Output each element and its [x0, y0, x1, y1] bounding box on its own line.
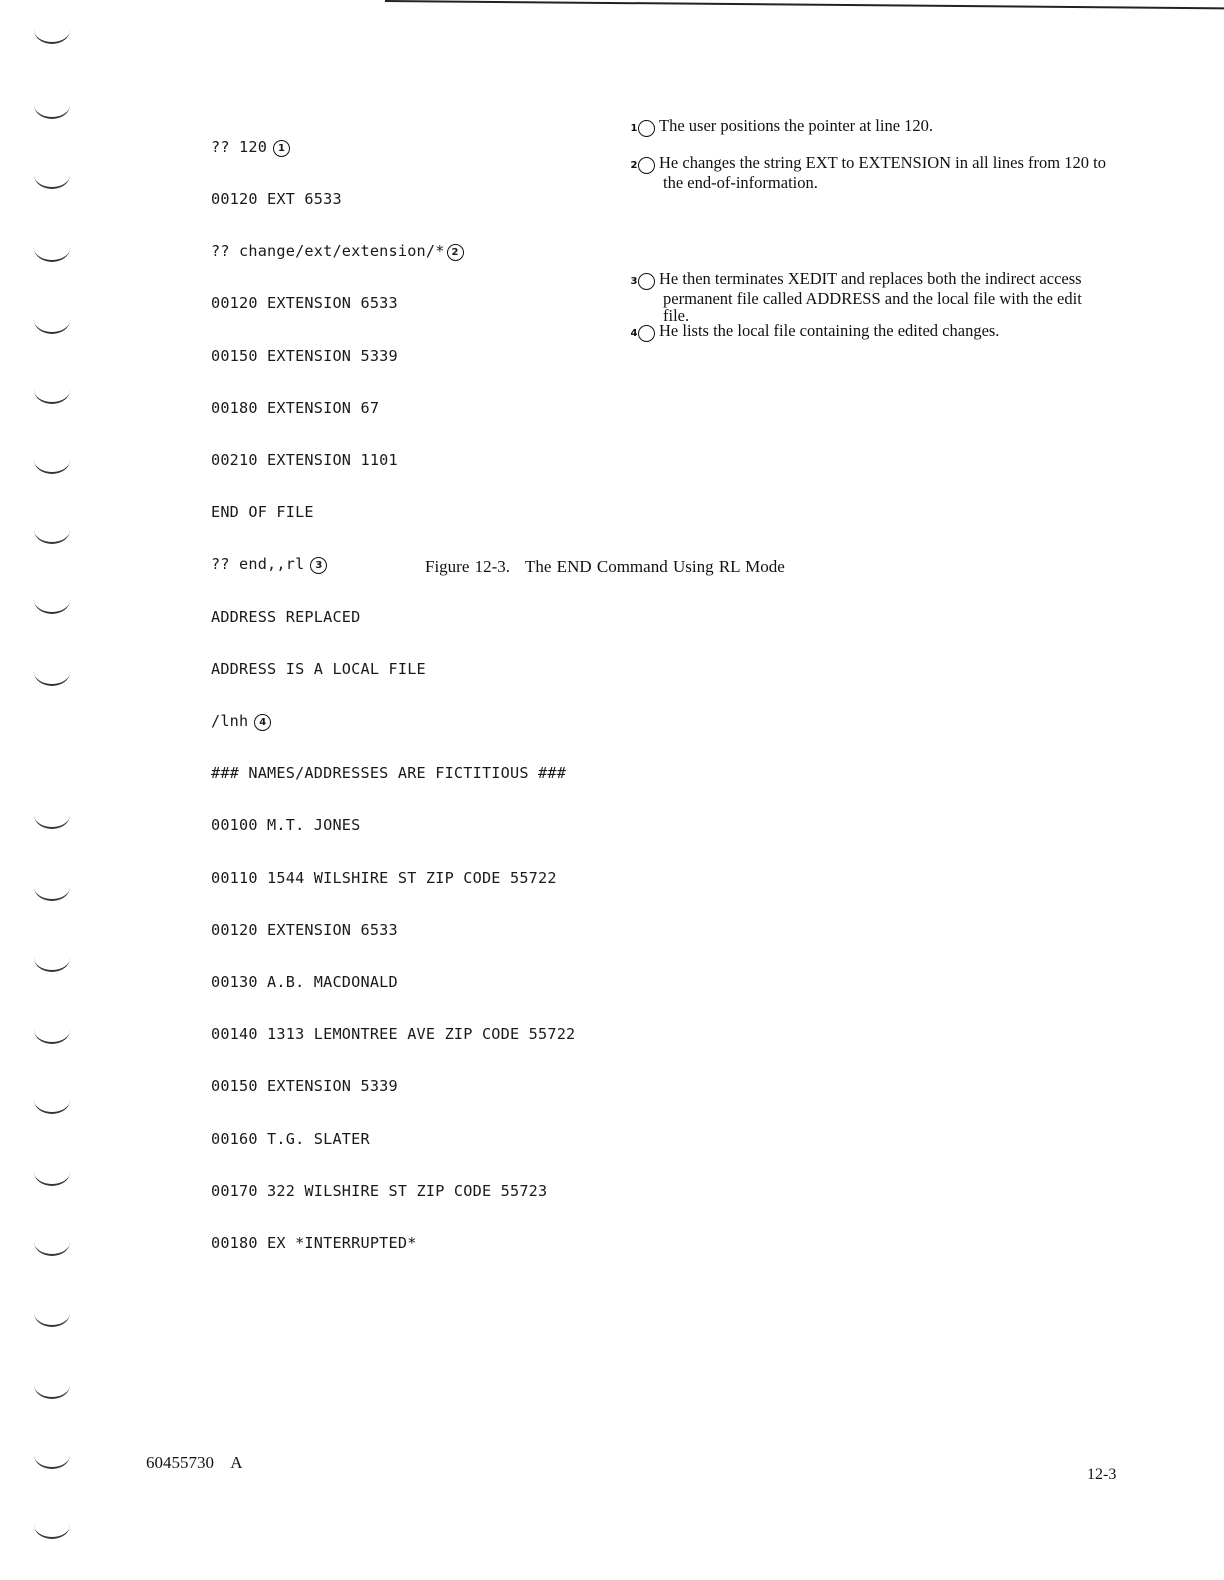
callout-marker: 3	[638, 273, 655, 290]
hole-mark	[34, 175, 70, 189]
hole-mark	[34, 30, 70, 44]
note-2: 2He changes the string EXT to EXTENSION …	[638, 154, 1108, 191]
callout-marker: 1	[638, 120, 655, 137]
terminal-session-listing: ?? 1201 00120 EXT 6533 ?? change/ext/ext…	[211, 104, 575, 1270]
terminal-line: ### NAMES/ADDRESSES ARE FICTITIOUS ###	[211, 765, 575, 782]
terminal-line: 00180 EXTENSION 67	[211, 400, 575, 417]
hole-mark	[34, 1525, 70, 1539]
hole-mark	[34, 1455, 70, 1469]
hole-mark	[34, 815, 70, 829]
callout-marker: 3	[310, 557, 327, 574]
callout-marker: 4	[638, 325, 655, 342]
hole-mark	[34, 887, 70, 901]
hole-mark	[34, 1172, 70, 1186]
hole-mark	[34, 1385, 70, 1399]
top-border-line	[385, 0, 1224, 10]
hole-mark	[34, 248, 70, 262]
terminal-line: 00160 T.G. SLATER	[211, 1131, 575, 1148]
hole-mark	[34, 390, 70, 404]
hole-mark	[34, 672, 70, 686]
figure-caption: Figure 12-3. The END Command Using RL Mo…	[425, 557, 785, 577]
callout-marker: 1	[273, 140, 290, 157]
terminal-line: 00150 EXTENSION 5339	[211, 1078, 575, 1095]
terminal-line: 00120 EXTENSION 6533	[211, 295, 575, 312]
hole-mark	[34, 1030, 70, 1044]
hole-mark	[34, 320, 70, 334]
page-number: 12-3	[1087, 1466, 1116, 1484]
hole-mark	[34, 1100, 70, 1114]
terminal-line: 00170 322 WILSHIRE ST ZIP CODE 55723	[211, 1183, 575, 1200]
terminal-line: 00210 EXTENSION 1101	[211, 452, 575, 469]
terminal-line: ADDRESS REPLACED	[211, 609, 575, 626]
hole-mark	[34, 958, 70, 972]
hole-mark	[34, 105, 70, 119]
callout-marker: 4	[254, 714, 271, 731]
callout-marker: 2	[447, 244, 464, 261]
revision-letter: A	[230, 1453, 242, 1472]
terminal-line: ?? 1201	[211, 139, 575, 156]
terminal-line: 00140 1313 LEMONTREE AVE ZIP CODE 55722	[211, 1026, 575, 1043]
terminal-line: 00120 EXT 6533	[211, 191, 575, 208]
hole-mark	[34, 1313, 70, 1327]
terminal-line: /lnh4	[211, 713, 575, 730]
terminal-line: 00130 A.B. MACDONALD	[211, 974, 575, 991]
note-3: 3He then terminates XEDIT and replaces b…	[638, 270, 1108, 324]
callout-marker: 2	[638, 157, 655, 174]
terminal-line: 00120 EXTENSION 6533	[211, 922, 575, 939]
figure-label: Figure 12-3.	[425, 557, 510, 576]
terminal-line: ?? change/ext/extension/*2	[211, 243, 575, 260]
note-4: 4He lists the local file containing the …	[638, 322, 1108, 342]
hole-mark	[34, 600, 70, 614]
terminal-line: END OF FILE	[211, 504, 575, 521]
terminal-line: ADDRESS IS A LOCAL FILE	[211, 661, 575, 678]
terminal-line: 00180 EX *INTERRUPTED*	[211, 1235, 575, 1252]
hole-mark	[34, 1242, 70, 1256]
terminal-line: 00100 M.T. JONES	[211, 817, 575, 834]
terminal-line: 00150 EXTENSION 5339	[211, 348, 575, 365]
footer-document-id: 60455730 A	[146, 1453, 243, 1473]
hole-mark	[34, 460, 70, 474]
figure-title: The END Command Using RL Mode	[525, 557, 785, 576]
terminal-line: 00110 1544 WILSHIRE ST ZIP CODE 55722	[211, 870, 575, 887]
hole-mark	[34, 530, 70, 544]
document-number: 60455730	[146, 1453, 214, 1472]
note-1: 1The user positions the pointer at line …	[638, 117, 1108, 137]
